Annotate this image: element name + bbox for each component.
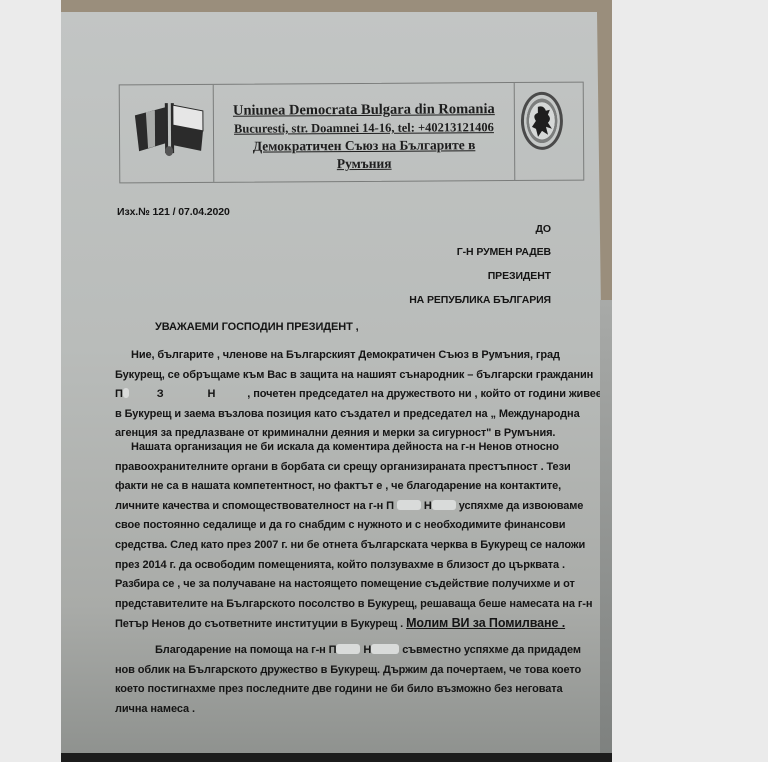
redaction <box>432 500 456 510</box>
addressee-country: НА РЕПУБЛИКА БЪЛГАРИЯ <box>409 294 551 306</box>
document-photo: Uniunea Democrata Bulgara din Romania Bu… <box>61 0 612 762</box>
letterhead-left-cell <box>120 85 215 183</box>
paragraph-line: Ние, българите , членове на Българският … <box>115 346 602 366</box>
redacted-initial: Н <box>424 500 432 512</box>
redaction <box>397 500 421 510</box>
paragraph-line: Петър Ненов до съответните институции в … <box>115 614 592 635</box>
reference-number: Изх.№ 121 / 07.04.2020 <box>117 206 230 218</box>
salutation: УВАЖАЕМИ ГОСПОДИН ПРЕЗИДЕНТ , <box>155 321 359 333</box>
paragraph-2: Нашата организация не би искала да комен… <box>115 438 592 635</box>
crossed-flags-icon <box>133 99 205 157</box>
lion-seal-icon <box>521 92 563 150</box>
paragraph-line: П З Н , почетен председател на дружество… <box>115 385 602 405</box>
org-name-bulgarian-line2: Румъния <box>213 154 515 174</box>
paragraph-line: в Букурещ и заема възлова позиция като с… <box>115 405 602 425</box>
pardon-plea: Молим ВИ за Помилване . <box>406 616 565 630</box>
paragraph-line: личните качества и спомоществователност … <box>115 497 592 517</box>
paragraph-line: правоохранителните органи в борбата си с… <box>115 458 592 478</box>
addressee-to: ДО <box>536 223 551 235</box>
redaction <box>336 644 360 654</box>
paragraph-line: представителите на Българското посолство… <box>115 595 592 615</box>
paper-shadow <box>600 300 612 755</box>
redacted-initial: Н <box>363 644 371 656</box>
paragraph-line: факти не са в нашата компетентност, но ф… <box>115 477 592 497</box>
letter-page: Uniunea Democrata Bulgara din Romania Bu… <box>61 12 601 754</box>
redacted-initial: З <box>157 388 164 400</box>
org-address: Bucuresti, str. Doamnei 14-16, tel: +402… <box>213 118 515 138</box>
paragraph-line: през 2014 г. да освободим помещенията, к… <box>115 556 592 576</box>
paragraph-line: Букурещ, се обръщаме към Вас в защита на… <box>115 366 602 386</box>
letterhead-right-cell <box>514 83 584 180</box>
redacted-initial: П <box>115 388 123 400</box>
paragraph-line: Благодарение на помоща на г-н П Н съвмес… <box>115 641 581 661</box>
org-name-bulgarian-line1: Демократичен Съюз на Българите в <box>213 136 515 156</box>
paragraph-line: Нашата организация не би искала да комен… <box>115 438 592 458</box>
paragraph-line: своe постоянно седалище и да го снабдим … <box>115 516 592 536</box>
redacted-initial: Н <box>207 388 215 400</box>
paragraph-3: Благодарение на помоща на г-н П Н съвмес… <box>115 641 581 719</box>
addressee-name: Г-Н РУМЕН РАДЕВ <box>457 246 551 258</box>
paragraph-line: Разбира се , че за получаване на настоящ… <box>115 575 592 595</box>
redaction <box>123 388 129 398</box>
org-name-romanian: Uniunea Democrata Bulgara din Romania <box>213 100 515 120</box>
paragraph-line: средства. След като през 2007 г. ни бе о… <box>115 536 592 556</box>
paragraph-line: лична намеса . <box>115 700 581 720</box>
letterhead: Uniunea Democrata Bulgara din Romania Bu… <box>119 82 585 184</box>
letterhead-text: Uniunea Democrata Bulgara din Romania Bu… <box>213 100 515 174</box>
paragraph-line: което постигнахме през последните две го… <box>115 680 581 700</box>
paragraph-1: Ние, българите , членове на Българският … <box>115 346 602 444</box>
redaction <box>371 644 399 654</box>
photo-bottom-edge <box>61 753 612 762</box>
paragraph-line: нов облик на Българското дружество в Бук… <box>115 661 581 681</box>
addressee-title: ПРЕЗИДЕНТ <box>488 270 551 282</box>
